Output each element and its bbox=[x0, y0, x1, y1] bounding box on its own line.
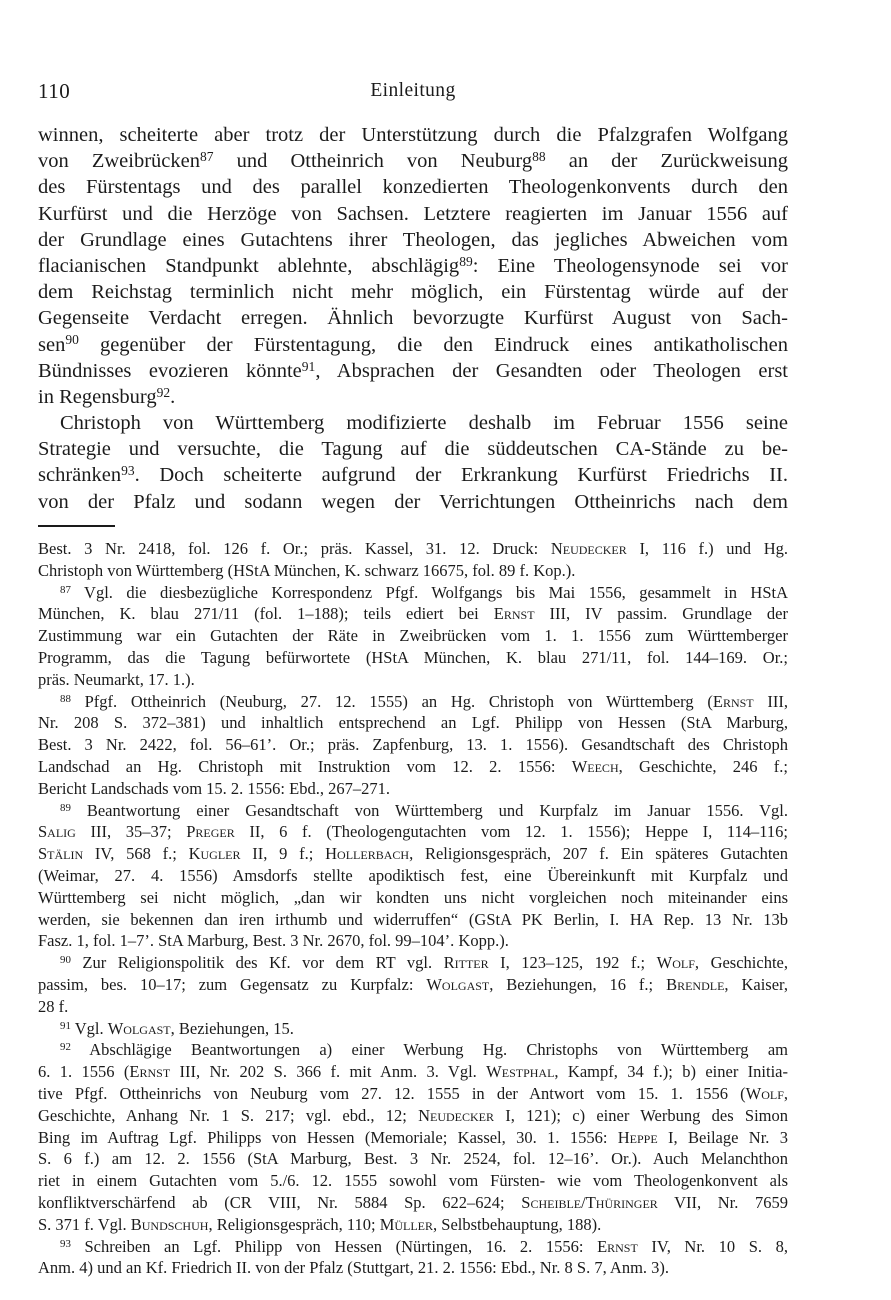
text-line: 89 Beantwortung einer Gesandtschaft von … bbox=[38, 800, 788, 822]
page-header: 110 Einleitung bbox=[38, 79, 788, 103]
text-line: 88 Pfgf. Ottheinrich (Neuburg, 27. 12. 1… bbox=[38, 691, 788, 713]
text-line: S. 371 f. Vgl. Bundschuh, Religionsgespr… bbox=[38, 1214, 788, 1236]
author-name-small-caps: Wolgast bbox=[108, 1019, 171, 1038]
footnote-marker: 87 bbox=[200, 149, 214, 164]
author-name-small-caps: Westphal bbox=[486, 1062, 554, 1081]
text-line: des Fürstentags und des parallel konzedi… bbox=[38, 174, 788, 200]
text-line: 92 Abschlägige Beantwortungen a) einer W… bbox=[38, 1039, 788, 1061]
text-line: sen90 gegenüber der Fürstentagung, die d… bbox=[38, 332, 788, 358]
footnote-marker: 87 bbox=[60, 584, 71, 596]
text-line: Württemberg sei nicht möglich, „dan wir … bbox=[38, 887, 788, 909]
footnotes: Best. 3 Nr. 2418, fol. 126 f. Or.; präs.… bbox=[38, 538, 788, 1279]
text-line: 6. 1. 1556 (Ernst III, Nr. 202 S. 366 f.… bbox=[38, 1061, 788, 1083]
author-name-small-caps: Heppe bbox=[618, 1128, 658, 1147]
footnote: 89 Beantwortung einer Gesandtschaft von … bbox=[38, 800, 788, 953]
author-name-small-caps: Scheible bbox=[521, 1193, 581, 1212]
text-line: von der Pfalz und sodann wegen der Verri… bbox=[38, 489, 788, 515]
text-line: konfliktverschärfend ab (CR VIII, Nr. 58… bbox=[38, 1192, 788, 1214]
text-line: 87 Vgl. die diesbezügliche Korrespondenz… bbox=[38, 582, 788, 604]
text-line: dem Reichstag terminlich nicht mehr mögl… bbox=[38, 279, 788, 305]
text-line: passim, bes. 10–17; zum Gegensatz zu Kur… bbox=[38, 974, 788, 996]
footnote-continuation: Best. 3 Nr. 2418, fol. 126 f. Or.; präs.… bbox=[38, 538, 788, 582]
text-line: Gegenseite Verdacht erregen. Ähnlich bev… bbox=[38, 305, 788, 331]
footnote-marker: 91 bbox=[302, 359, 316, 374]
author-name-small-caps: Bundschuh bbox=[131, 1215, 209, 1234]
footnote: 90 Zur Religionspolitik des Kf. vor dem … bbox=[38, 952, 788, 1017]
text-line: der Grundlage eines Gutachtens ihrer The… bbox=[38, 227, 788, 253]
text-line: München, K. blau 271/11 (fol. 1–188); te… bbox=[38, 603, 788, 625]
text-line: S. 6 f.) am 12. 2. 1556 (StA Marburg, Be… bbox=[38, 1148, 788, 1170]
author-name-small-caps: Thüringer bbox=[586, 1193, 658, 1212]
footnote: 87 Vgl. die diesbezügliche Korrespondenz… bbox=[38, 582, 788, 691]
body-paragraph: Christoph von Württemberg modifizierte d… bbox=[38, 410, 788, 515]
author-name-small-caps: Ernst bbox=[597, 1237, 638, 1256]
running-head: Einleitung bbox=[38, 80, 788, 102]
body-paragraph: winnen, scheiterte aber trotz der Unters… bbox=[38, 122, 788, 410]
author-name-small-caps: Neudecker bbox=[551, 539, 627, 558]
text-line: Best. 3 Nr. 2422, fol. 56–61’. Or.; präs… bbox=[38, 734, 788, 756]
text-line: Kurfürst und die Herzöge von Sachsen. Le… bbox=[38, 201, 788, 227]
text-line: präs. Neumarkt, 17. 1.). bbox=[38, 669, 788, 691]
page: 110 Einleitung winnen, scheiterte aber t… bbox=[0, 0, 891, 1300]
author-name-small-caps: Brendle bbox=[666, 975, 724, 994]
footnote-marker: 89 bbox=[459, 254, 473, 269]
text-line: werden, sie bekennen dan iren irthumb un… bbox=[38, 909, 788, 931]
author-name-small-caps: Ritter bbox=[444, 953, 489, 972]
text-line: Bing im Auftrag Lgf. Philipps von Hessen… bbox=[38, 1127, 788, 1149]
footnote-marker: 90 bbox=[60, 954, 71, 966]
author-name-small-caps: Wolf bbox=[657, 953, 695, 972]
author-name-small-caps: Preger bbox=[186, 822, 235, 841]
text-line: Stälin IV, 568 f.; Kugler II, 9 f.; Holl… bbox=[38, 843, 788, 865]
footnote-marker: 88 bbox=[60, 693, 71, 705]
author-name-small-caps: Wolf bbox=[746, 1084, 784, 1103]
text-line: (Weimar, 27. 4. 1556) Amsdorfs stellte a… bbox=[38, 865, 788, 887]
footnote-marker: 93 bbox=[121, 463, 135, 478]
footnote: 88 Pfgf. Ottheinrich (Neuburg, 27. 12. 1… bbox=[38, 691, 788, 800]
author-name-small-caps: Müller bbox=[380, 1215, 433, 1234]
footnote: 93 Schreiben an Lgf. Philipp von Hessen … bbox=[38, 1236, 788, 1280]
footnote-marker: 92 bbox=[157, 385, 171, 400]
author-name-small-caps: Wolgast bbox=[426, 975, 489, 994]
text-line: Programm, das die Tagung befürwortete (H… bbox=[38, 647, 788, 669]
author-name-small-caps: Neudecker bbox=[418, 1106, 494, 1125]
author-name-small-caps: Ernst bbox=[494, 604, 535, 623]
text-line: riet in einem Gutachten vom 5./6. 12. 15… bbox=[38, 1170, 788, 1192]
text-line: Geschichte, Anhang Nr. 1 S. 217; vgl. eb… bbox=[38, 1105, 788, 1127]
text-line: 90 Zur Religionspolitik des Kf. vor dem … bbox=[38, 952, 788, 974]
text-line: 91 Vgl. Wolgast, Beziehungen, 15. bbox=[38, 1018, 788, 1040]
footnote-marker: 92 bbox=[60, 1041, 71, 1053]
footnote-marker: 91 bbox=[60, 1020, 71, 1032]
text-line: Salig III, 35–37; Preger II, 6 f. (Theol… bbox=[38, 821, 788, 843]
text-line: Strategie und versuchte, die Tagung auf … bbox=[38, 436, 788, 462]
footnote-marker: 93 bbox=[60, 1238, 71, 1250]
text-line: Landschad an Hg. Christoph mit Instrukti… bbox=[38, 756, 788, 778]
body-text: winnen, scheiterte aber trotz der Unters… bbox=[38, 122, 788, 515]
footnote-marker: 88 bbox=[532, 149, 546, 164]
text-line: tive Pfgf. Ottheinrichs von Neuburg vom … bbox=[38, 1083, 788, 1105]
text-line: Bündnisses evozieren könnte91, Absprache… bbox=[38, 358, 788, 384]
author-name-small-caps: Ernst bbox=[129, 1062, 170, 1081]
text-line: 28 f. bbox=[38, 996, 788, 1018]
author-name-small-caps: Salig bbox=[38, 822, 76, 841]
footnote-marker: 89 bbox=[60, 802, 71, 814]
author-name-small-caps: Hollerbach bbox=[325, 844, 409, 863]
text-line: Anm. 4) und an Kf. Friedrich II. von der… bbox=[38, 1257, 788, 1279]
footnote: 91 Vgl. Wolgast, Beziehungen, 15. bbox=[38, 1018, 788, 1040]
text-line: winnen, scheiterte aber trotz der Unters… bbox=[38, 122, 788, 148]
text-line: Christoph von Württemberg (HStA München,… bbox=[38, 560, 788, 582]
author-name-small-caps: Weech bbox=[572, 757, 619, 776]
author-name-small-caps: Ernst bbox=[713, 692, 754, 711]
footnote-separator-rule bbox=[38, 525, 115, 527]
text-line: Bericht Landschads vom 15. 2. 1556: Ebd.… bbox=[38, 778, 788, 800]
text-line: Fasz. 1, fol. 1–7’. StA Marburg, Best. 3… bbox=[38, 930, 788, 952]
text-line: Zustimmung war ein Gutachten der Räte in… bbox=[38, 625, 788, 647]
text-line: 93 Schreiben an Lgf. Philipp von Hessen … bbox=[38, 1236, 788, 1258]
footnote-marker: 90 bbox=[65, 332, 79, 347]
text-line: Christoph von Württemberg modifizierte d… bbox=[38, 410, 788, 436]
text-line: schränken93. Doch scheiterte aufgrund de… bbox=[38, 462, 788, 488]
text-line: Best. 3 Nr. 2418, fol. 126 f. Or.; präs.… bbox=[38, 538, 788, 560]
text-line: von Zweibrücken87 und Ottheinrich von Ne… bbox=[38, 148, 788, 174]
text-line: flacianischen Standpunkt ablehnte, absch… bbox=[38, 253, 788, 279]
author-name-small-caps: Kugler bbox=[189, 844, 241, 863]
text-line: in Regensburg92. bbox=[38, 384, 788, 410]
author-name-small-caps: Stälin bbox=[38, 844, 83, 863]
footnote: 92 Abschlägige Beantwortungen a) einer W… bbox=[38, 1039, 788, 1235]
text-line: Nr. 208 S. 372–381) und inhaltlich entsp… bbox=[38, 712, 788, 734]
